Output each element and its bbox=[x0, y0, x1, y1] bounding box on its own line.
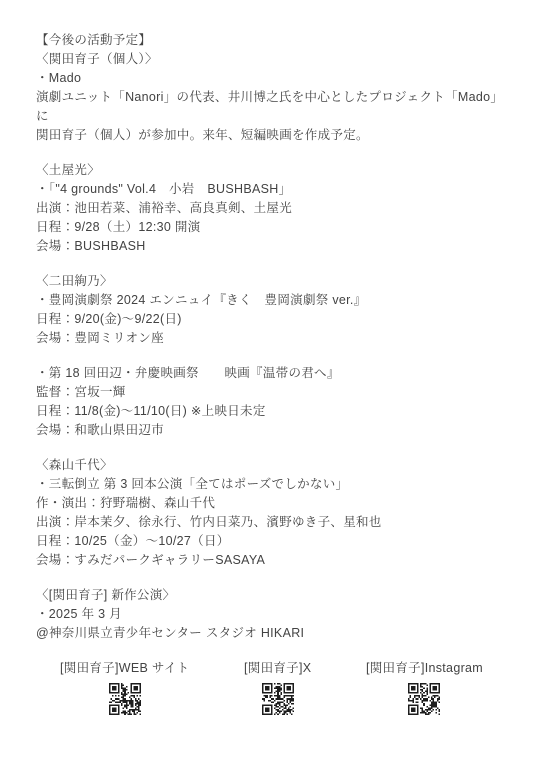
text-line: 出演：岸本茉夕、徐永行、竹内日菜乃、濱野ゆき子、星和也 bbox=[36, 513, 507, 532]
text-line: 会場：和歌山県田辺市 bbox=[36, 421, 507, 440]
text-line: ・第 18 回田辺・弁慶映画祭 映画『温帯の君へ』 bbox=[36, 364, 507, 383]
footer-col-website: [関田育子]WEB サイト bbox=[60, 659, 189, 715]
text-line: 関田育子（個人）が参加中。来年、短編映画を作成予定。 bbox=[36, 126, 507, 145]
text-line: 会場：豊岡ミリオン座 bbox=[36, 329, 507, 348]
text-line: 監督：宮坂一輝 bbox=[36, 383, 507, 402]
section-nita-ayano: 〈二田絢乃〉 ・豊岡演劇祭 2024 エンニュイ『きく 豊岡演劇祭 ver.』 … bbox=[36, 272, 507, 348]
section-moriyama-chiyo: 〈森山千代〉 ・三転倒立 第 3 回本公演「全てはポーズでしかない」 作・演出：… bbox=[36, 456, 507, 570]
section-sekida-ikuko-new-performance: 〈[関田育子] 新作公演〉 ・2025 年 3 月 @神奈川県立青少年センター … bbox=[36, 586, 507, 643]
text-line: ・三転倒立 第 3 回本公演「全てはポーズでしかない」 bbox=[36, 475, 507, 494]
flyer-page: 【今後の活動予定】 〈関田育子（個人）〉 ・Mado 演劇ユニット「Nanori… bbox=[0, 0, 543, 715]
section-tanabe-benkei-film-festival: ・第 18 回田辺・弁慶映画祭 映画『温帯の君へ』 監督：宮坂一輝 日程：11/… bbox=[36, 364, 507, 440]
instagram-qr-code bbox=[408, 683, 440, 715]
text-line: ・Mado bbox=[36, 69, 507, 88]
section-heading: 〈関田育子（個人）〉 bbox=[36, 50, 507, 69]
text-line: ・「"4 grounds" Vol.4 小岩 BUSHBASH」 bbox=[36, 180, 507, 199]
text-line: 会場：すみだパークギャラリーSASAYA bbox=[36, 551, 507, 570]
text-line: 日程：10/25（金）～10/27（日） bbox=[36, 532, 507, 551]
text-line: 日程：9/28（土）12:30 開演 bbox=[36, 218, 507, 237]
text-line: 演劇ユニット「Nanori」の代表、井川博之氏を中心としたプロジェクト「Mado… bbox=[36, 88, 507, 126]
footer-col-x: [関田育子]X bbox=[244, 659, 311, 715]
instagram-link-label: [関田育子]Instagram bbox=[366, 659, 483, 678]
section-heading: 〈土屋光〉 bbox=[36, 161, 507, 180]
text-line: 出演：池田若菜、浦裕幸、高良真剣、土屋光 bbox=[36, 199, 507, 218]
text-line: ・豊岡演劇祭 2024 エンニュイ『きく 豊岡演劇祭 ver.』 bbox=[36, 291, 507, 310]
section-tsuchiya-hikaru: 〈土屋光〉 ・「"4 grounds" Vol.4 小岩 BUSHBASH」 出… bbox=[36, 161, 507, 256]
section-heading: 〈森山千代〉 bbox=[36, 456, 507, 475]
text-line: 日程：11/8(金)～11/10(日) ※上映日未定 bbox=[36, 402, 507, 421]
section-sekida-ikuko-individual: 〈関田育子（個人）〉 ・Mado 演劇ユニット「Nanori」の代表、井川博之氏… bbox=[36, 50, 507, 145]
section-heading: 〈[関田育子] 新作公演〉 bbox=[36, 586, 507, 605]
text-line: ・2025 年 3 月 bbox=[36, 605, 507, 624]
section-heading: 〈二田絢乃〉 bbox=[36, 272, 507, 291]
text-line: 作・演出：狩野瑞樹、森山千代 bbox=[36, 494, 507, 513]
text-line: 日程：9/20(金)～9/22(日) bbox=[36, 310, 507, 329]
x-qr-code bbox=[262, 683, 294, 715]
website-qr-code bbox=[109, 683, 141, 715]
footer-links: [関田育子]WEB サイト [関田育子]X [関田育子]Instagram bbox=[36, 659, 507, 715]
x-link-label: [関田育子]X bbox=[244, 659, 311, 678]
footer-col-instagram: [関田育子]Instagram bbox=[366, 659, 483, 715]
page-title: 【今後の活動予定】 bbox=[36, 31, 507, 50]
website-link-label: [関田育子]WEB サイト bbox=[60, 659, 189, 678]
text-line: @神奈川県立青少年センター スタジオ HIKARI bbox=[36, 624, 507, 643]
text-line: 会場：BUSHBASH bbox=[36, 237, 507, 256]
